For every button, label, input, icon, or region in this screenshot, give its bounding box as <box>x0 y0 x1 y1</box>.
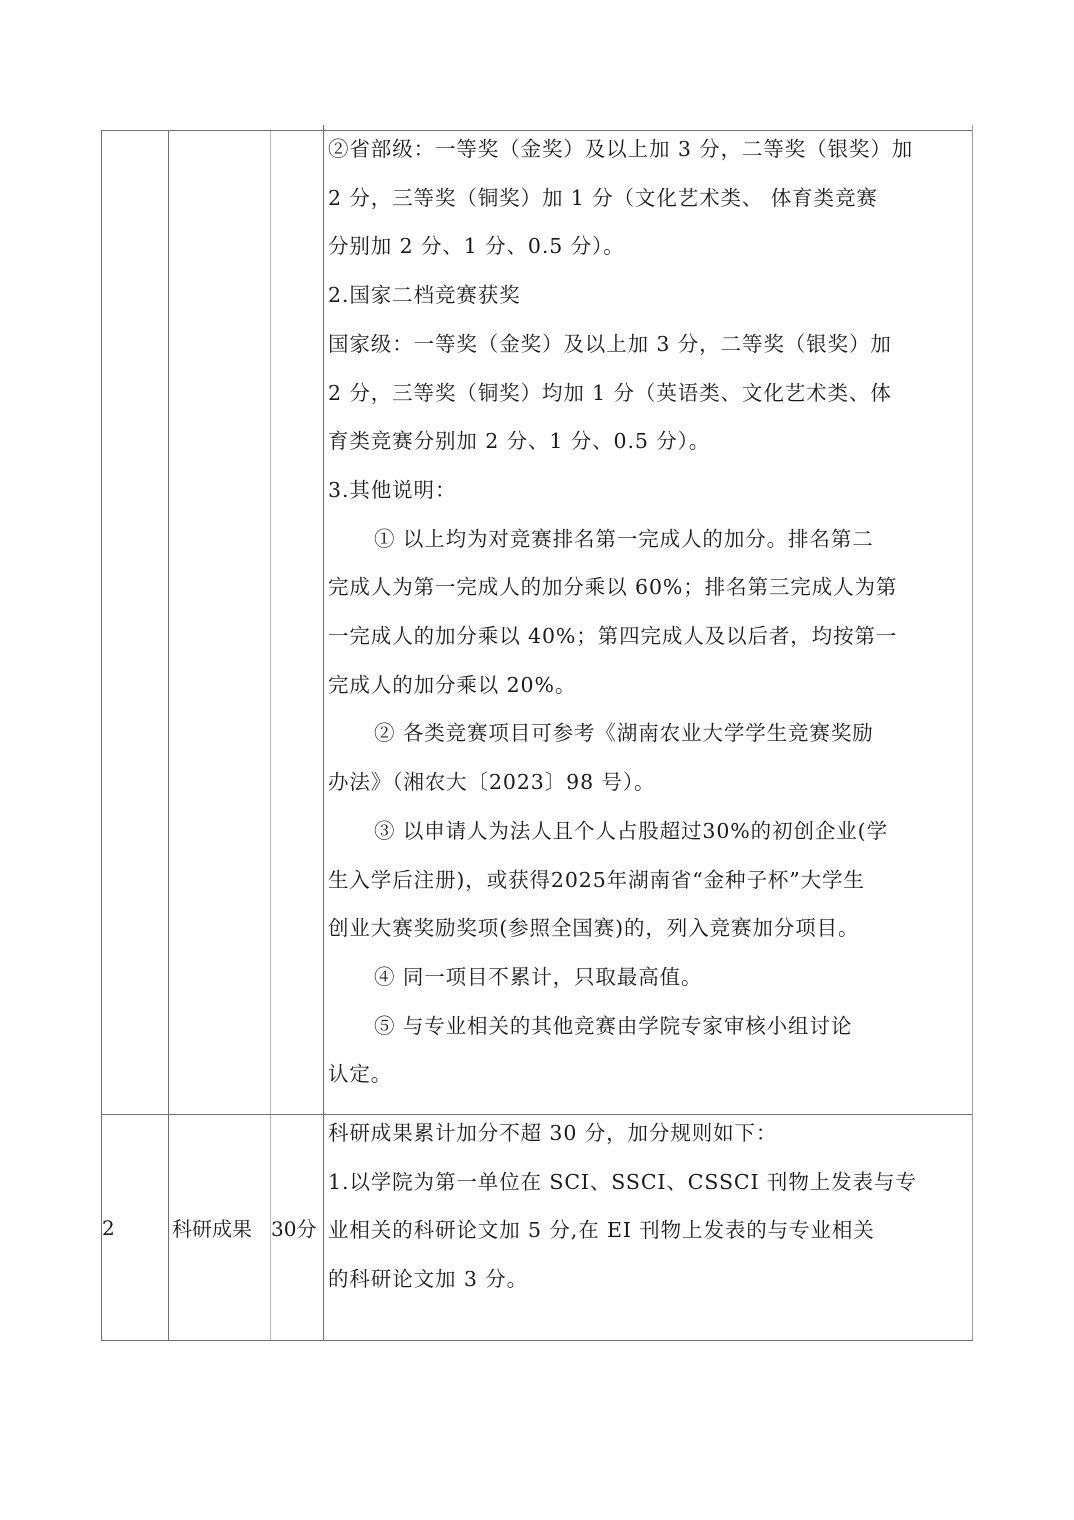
rule-line: 科研成果累计加分不超 30 分，加分规则如下： <box>328 1109 970 1158</box>
rule-heading: 2.国家二档竞赛获奖 <box>328 271 970 320</box>
rule-line: 一完成人的加分乘以 40%；第四完成人及以后者，均按第一 <box>328 612 970 661</box>
rules-cell: 科研成果累计加分不超 30 分，加分规则如下： 1.以学院为第一单位在 SCI、… <box>323 1109 973 1340</box>
rule-line: 完成人的加分乘以 20%。 <box>328 661 970 710</box>
rule-line: 分别加 2 分、1 分、0.5 分）。 <box>328 222 970 271</box>
category-cell <box>168 131 270 1114</box>
rule-line: 办法》（湘农大〔2023〕98 号）。 <box>328 758 970 807</box>
rule-line: 完成人为第一完成人的加分乘以 60%；排名第三完成人为第 <box>328 563 970 612</box>
table-row-research: 2 科研成果 30分 科研成果累计加分不超 30 分，加分规则如下： 1.以学院… <box>101 1115 973 1341</box>
rule-line: 2 分，三等奖（铜奖）加 1 分（文化艺术类、 体育类竞赛 <box>328 174 970 223</box>
index-cell: 2 <box>101 1115 168 1340</box>
rule-line: 国家级：一等奖（金奖）及以上加 3 分，二等奖（银奖）加 <box>328 320 970 369</box>
note-item-4: ④ 同一项目不累计，只取最高值。 <box>328 953 970 1002</box>
rule-line: 育类竞赛分别加 2 分、1 分、0.5 分）。 <box>328 417 970 466</box>
note-item-5: ⑤ 与专业相关的其他竞赛由学院专家审核小组讨论 <box>328 1002 970 1051</box>
scoring-rules-table: ②省部级：一等奖（金奖）及以上加 3 分，二等奖（银奖）加 2 分，三等奖（铜奖… <box>101 130 973 1341</box>
rule-line: 创业大赛奖励奖项(参照全国赛)的，列入竞赛加分项目。 <box>328 904 970 953</box>
rule-line: 1.以学院为第一单位在 SCI、SSCI、CSSCI 刊物上发表与专 <box>328 1158 970 1207</box>
rule-line: 2 分，三等奖（铜奖）均加 1 分（英语类、文化艺术类、体 <box>328 369 970 418</box>
rule-line: ②省部级：一等奖（金奖）及以上加 3 分，二等奖（银奖）加 <box>328 125 970 174</box>
rule-heading: 3.其他说明： <box>328 466 970 515</box>
rule-line: 认定。 <box>328 1050 970 1099</box>
rules-cell: ②省部级：一等奖（金奖）及以上加 3 分，二等奖（银奖）加 2 分，三等奖（铜奖… <box>323 125 973 1114</box>
category-cell: 科研成果 <box>168 1115 270 1340</box>
rule-line: 生入学后注册)，或获得2025年湖南省“金种子杯”大学生 <box>328 856 970 905</box>
score-cell <box>270 131 323 1114</box>
rule-line: 的科研论文加 3 分。 <box>328 1255 970 1304</box>
note-item-2: ② 各类竞赛项目可参考《湖南农业大学学生竞赛奖励 <box>328 709 970 758</box>
index-cell <box>101 131 168 1114</box>
score-cell: 30分 <box>270 1115 323 1340</box>
rule-line: 业相关的科研论文加 5 分,在 EI 刊物上发表的与专业相关 <box>328 1206 970 1255</box>
table-row-competition: ②省部级：一等奖（金奖）及以上加 3 分，二等奖（银奖）加 2 分，三等奖（铜奖… <box>101 130 973 1115</box>
note-item-3: ③ 以申请人为法人且个人占股超过30%的初创企业(学 <box>328 807 970 856</box>
note-item-1: ① 以上均为对竞赛排名第一完成人的加分。排名第二 <box>328 515 970 564</box>
